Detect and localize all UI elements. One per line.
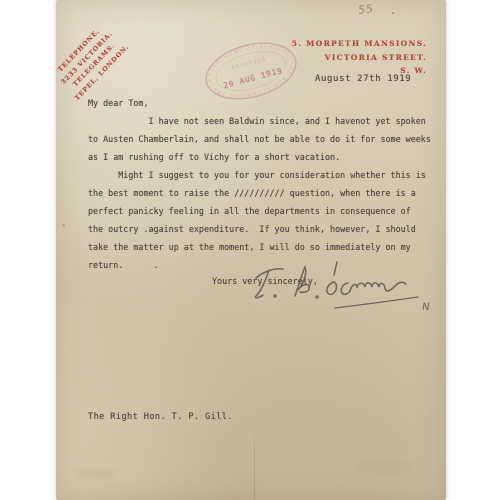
body-line: to Austen Chamberlain, and shall not be …: [88, 130, 431, 148]
letterhead-address-block: 5. MORPETH MANSIONS. VICTORIA STREET. S.…: [292, 37, 427, 78]
body-line: as I am rushing off to Vichy for a short…: [88, 148, 431, 166]
pencil-corner-number: 55: [357, 2, 374, 17]
letter-paper: 55 TELEPHONE. 3233 VICTORIA. TELEGRAMS. …: [56, 0, 446, 500]
address-line: 5. MORPETH MANSIONS.: [292, 37, 427, 51]
paper-blemish: [62, 224, 65, 227]
letter-date: August 27th 1919: [315, 74, 411, 84]
body-line: My dear Tom,: [88, 94, 431, 112]
addressee-line: The Right Hon. T. P. Gill.: [88, 412, 233, 422]
signature-t-p-oconnor: [238, 254, 438, 326]
pencil-dot: [392, 12, 394, 14]
paper-fold-crease: [254, 430, 255, 500]
body-line: the outcry .against expenditure. If you …: [88, 220, 431, 238]
pencil-n-mark: N: [421, 302, 430, 313]
letter-body: My dear Tom, I have not seen Baldwin sin…: [88, 94, 431, 274]
body-line: I have not seen Baldwin since, and I hav…: [88, 112, 431, 130]
body-line: the best moment to raise the ////////// …: [88, 184, 431, 202]
address-line: VICTORIA STREET.: [292, 51, 427, 65]
paper-blemish: [356, 460, 416, 474]
body-line: Might I suggest to you for your consider…: [88, 166, 431, 184]
body-line: perfect panicky feeling in all the depar…: [88, 202, 431, 220]
paper-blemish: [76, 468, 116, 478]
